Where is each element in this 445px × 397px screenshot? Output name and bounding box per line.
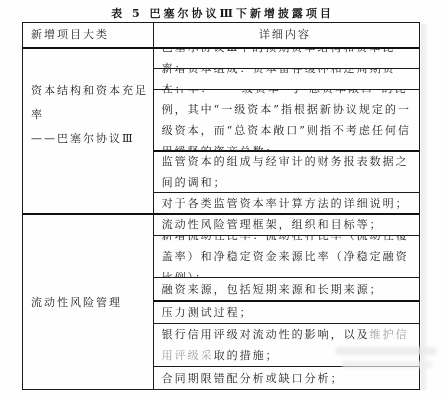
scan-shadow-strip [421, 24, 427, 390]
disclosure-table: 新增项目大类 资本结构和资本充足率 ——巴塞尔协议Ⅲ 流动性风险管理 详细内容 … [22, 22, 420, 390]
category-cell-liquidity: 流动性风险管理 [23, 215, 153, 389]
category-capital-line1: 资本结构和资本充足率 [31, 79, 150, 127]
table-row: 合同期限错配分析或缺口分析； [154, 367, 419, 389]
table-title: 表 5 巴塞尔协议Ⅲ下新增披露项目 [0, 5, 445, 21]
column-header-detail: 详细内容 [154, 23, 419, 49]
row-text: 银行信用评级对流动性的影响，以及维护信用评级采取的措施； [162, 324, 416, 366]
table-row: 新增资本组成：资本留存缓冲和逆周期资本； [154, 69, 419, 90]
table-row: 监管资本的组成与经审计的财务报表数据之间的调和； [154, 152, 419, 193]
table-row: 压力测试过程； [154, 302, 419, 324]
category-cell-capital: 资本结构和资本充足率 ——巴塞尔协议Ⅲ [23, 49, 153, 215]
table-row: 巴塞尔协议Ⅲ下的预期资本结构和资本比率； [154, 49, 419, 69]
table-row: 流动性风险管理框架，组织和目标等； [154, 215, 419, 236]
table-row: 银行信用评级对流动性的影响，以及维护信用评级采取的措施； [154, 324, 419, 367]
row-text-normal: 银行信用评级对流动性的影响，以及 [162, 328, 370, 341]
row-text-normal: 取的措施； [214, 349, 279, 362]
table-row: 杠杆率： “一级资本”与“总资本敞口”的比例，其中“一级资本”指根据新协议规定的… [154, 90, 419, 153]
table-row: 新增流动性比率：流动杠杆比率（流动性覆盖率）和净稳定资金来源比率（净稳定融资比例… [154, 236, 419, 278]
document-page: 表 5 巴塞尔协议Ⅲ下新增披露项目 新增项目大类 资本结构和资本充足率 ——巴塞… [0, 0, 445, 397]
table-row: 融资来源，包括短期来源和长期来源； [154, 278, 419, 303]
table-row: 对于各类监管资本率计算方法的详细说明； [154, 193, 419, 215]
detail-column: 详细内容 巴塞尔协议Ⅲ下的预期资本结构和资本比率； 新增资本组成：资本留存缓冲和… [154, 23, 419, 389]
category-capital-line2: ——巴塞尔协议Ⅲ [31, 127, 135, 151]
category-liquidity-line1: 流动性风险管理 [31, 292, 122, 313]
category-column: 新增项目大类 资本结构和资本充足率 ——巴塞尔协议Ⅲ 流动性风险管理 [23, 23, 154, 389]
column-header-category: 新增项目大类 [23, 23, 153, 49]
